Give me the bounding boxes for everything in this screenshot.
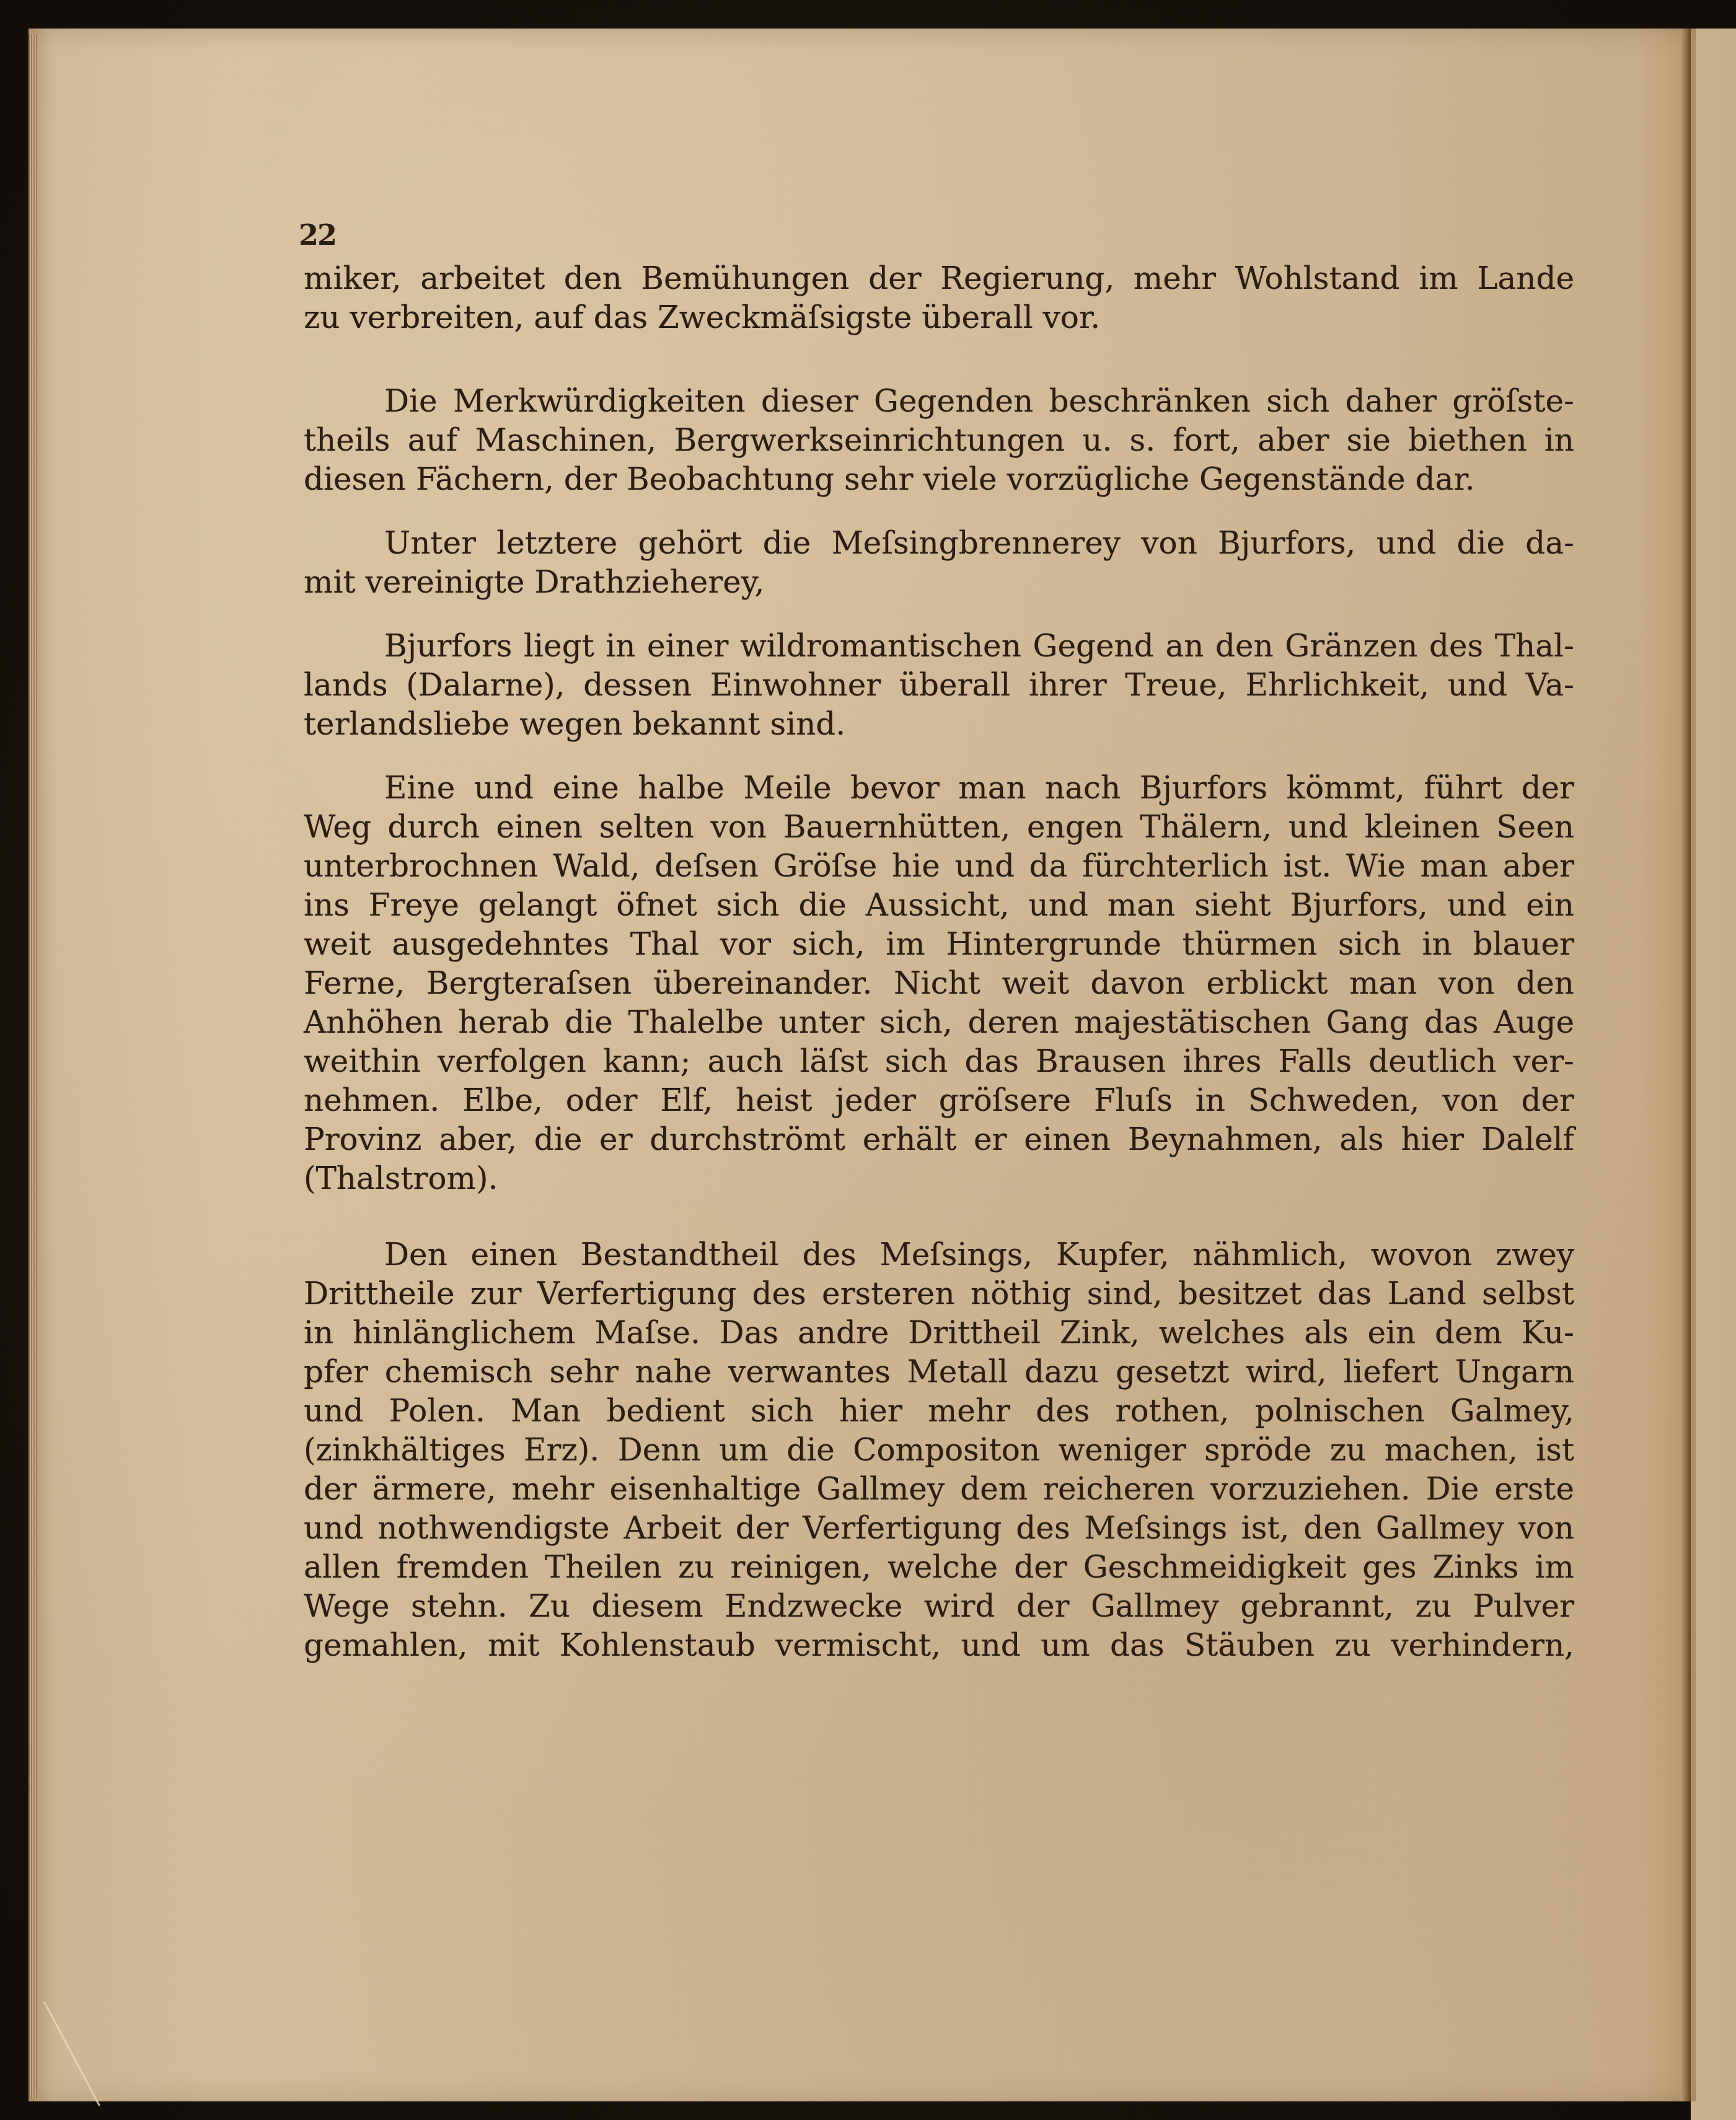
text-line: der ärmere, mehr eisenhaltige Gallmey de… xyxy=(304,1470,1574,1509)
text-line: gemahlen, mit Kohlenstaub vermischt, und… xyxy=(304,1626,1574,1665)
paragraph-5: Eine und eine halbe Meile bevor man nach… xyxy=(304,769,1574,1198)
text-line: und nothwendigste Arbeit der Verfertigun… xyxy=(304,1509,1574,1548)
book-gutter xyxy=(1681,29,1691,2101)
paragraph-4: Bjurfors liegt in einer wildromantischen… xyxy=(304,627,1574,744)
text-line: Den einen Bestandtheil des Meſsings, Kup… xyxy=(304,1235,1574,1274)
text-line: Drittheile zur Verfertigung des ersteren… xyxy=(304,1274,1574,1314)
text-line: Wege stehn. Zu diesem Endzwecke wird der… xyxy=(304,1587,1574,1626)
text-line: theils auf Maschinen, Bergwerkseinrichtu… xyxy=(304,421,1574,460)
text-line: in hinlänglichem Maſse. Das andre Dritth… xyxy=(304,1314,1574,1353)
text-line: pfer chemisch sehr nahe verwantes Metall… xyxy=(304,1353,1574,1392)
text-line: (zinkhältiges Erz). Denn um die Composit… xyxy=(304,1431,1574,1470)
text-line: Bjurfors liegt in einer wildromantischen… xyxy=(304,627,1574,666)
text-line: Anhöhen herab die Thalelbe unter sich, d… xyxy=(304,1003,1574,1042)
paragraph-3: Unter letztere gehört die Meſsingbrenner… xyxy=(304,524,1574,602)
page-number: 22 xyxy=(299,218,336,252)
page-stack-edges xyxy=(29,34,37,2098)
text-line: (Thalstrom). xyxy=(304,1159,1574,1198)
text-line: mit vereinigte Drathzieherey, xyxy=(304,563,1574,602)
text-line: Provinz aber, die er durchströmt erhält … xyxy=(304,1120,1574,1159)
text-line: miker, arbeitet den Bemühungen der Regie… xyxy=(304,259,1574,298)
text-line: lands (Dalarne), dessen Einwohner überal… xyxy=(304,666,1574,705)
text-line: unterbrochnen Wald, deſsen Gröſse hie un… xyxy=(304,847,1574,886)
body-text: miker, arbeitet den Bemühungen der Regie… xyxy=(304,259,1574,1690)
text-line: weithin verfolgen kann; auch läſst sich … xyxy=(304,1042,1574,1081)
text-line: Die Merkwürdigkeiten dieser Gegenden bes… xyxy=(304,382,1574,421)
text-line: Unter letztere gehört die Meſsingbrenner… xyxy=(304,524,1574,563)
facing-page-edge xyxy=(1691,29,1736,2120)
text-line: ins Freye gelangt öfnet sich die Aussich… xyxy=(304,886,1574,925)
text-line: Ferne, Bergteraſsen übereinander. Nicht … xyxy=(304,964,1574,1003)
text-line: und Polen. Man bedient sich hier mehr de… xyxy=(304,1392,1574,1431)
text-line: allen fremden Theilen zu reinigen, welch… xyxy=(304,1548,1574,1587)
paragraph-6: Den einen Bestandtheil des Meſsings, Kup… xyxy=(304,1235,1574,1665)
text-line: zu verbreiten, auf das Zweckmäſsigste üb… xyxy=(304,298,1574,337)
text-line: Eine und eine halbe Meile bevor man nach… xyxy=(304,769,1574,808)
text-line: diesen Fächern, der Beobachtung sehr vie… xyxy=(304,460,1574,499)
text-line: weit ausgedehntes Thal vor sich, im Hint… xyxy=(304,925,1574,964)
text-line: Weg durch einen selten von Bauernhütten,… xyxy=(304,808,1574,847)
text-line: nehmen. Elbe, oder Elf, heist jeder gröſ… xyxy=(304,1081,1574,1120)
paragraph-1: miker, arbeitet den Bemühungen der Regie… xyxy=(304,259,1574,337)
paragraph-2: Die Merkwürdigkeiten dieser Gegenden bes… xyxy=(304,382,1574,499)
text-line: terlandsliebe wegen bekannt sind. xyxy=(304,705,1574,744)
